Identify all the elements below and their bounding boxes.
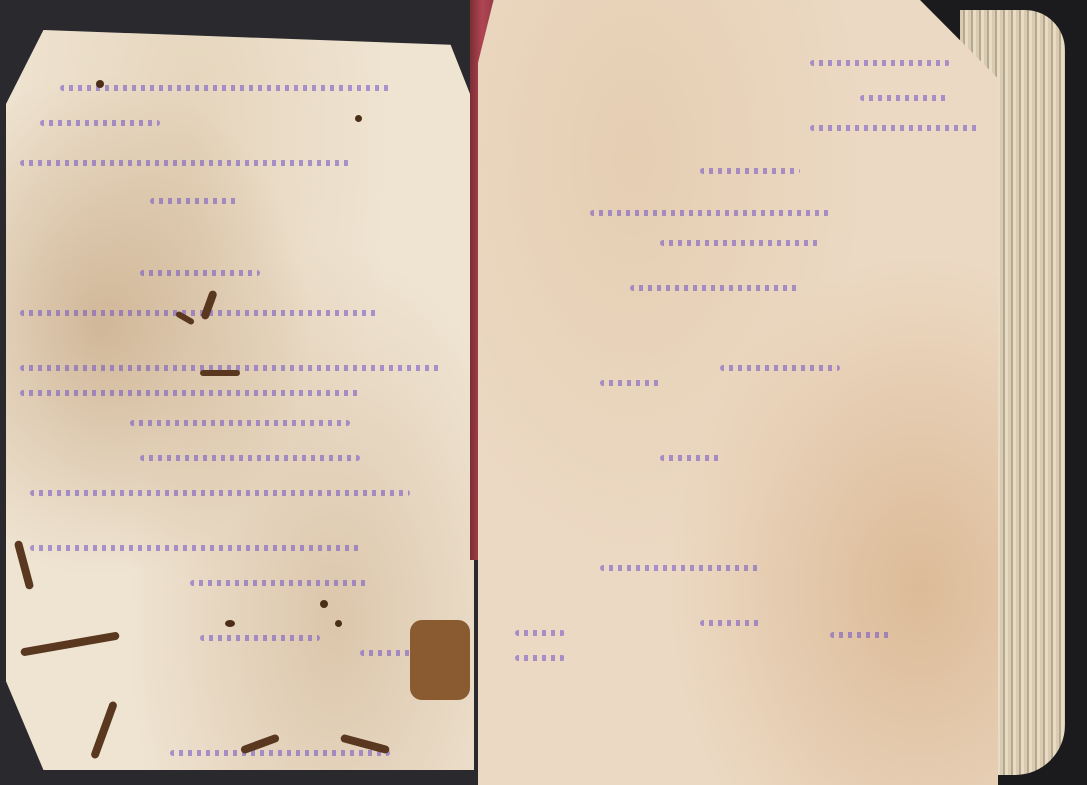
script-line [660, 240, 820, 246]
script-line [515, 655, 565, 661]
script-line [200, 635, 320, 641]
script-line [30, 545, 360, 551]
worm-hole [96, 80, 104, 88]
manuscript-photo: Worm-eaten, water-stained pages with fad… [0, 0, 1087, 785]
script-line [170, 750, 390, 756]
left-page [6, 30, 474, 770]
script-line [515, 630, 565, 636]
worm-hole [320, 600, 328, 608]
script-line [660, 455, 720, 461]
script-line [140, 455, 360, 461]
script-line [810, 125, 980, 131]
script-line [30, 490, 410, 496]
script-line [590, 210, 830, 216]
script-line [60, 85, 390, 91]
script-line [600, 380, 660, 386]
script-line [830, 632, 890, 638]
worm-damage [200, 370, 240, 376]
script-line [630, 285, 800, 291]
script-line [140, 270, 260, 276]
script-line [810, 60, 950, 66]
script-line [190, 580, 370, 586]
worm-hole [225, 620, 235, 627]
script-line [720, 365, 840, 371]
worm-hole [335, 620, 342, 627]
script-line [860, 95, 950, 101]
script-line [20, 390, 360, 396]
script-line [700, 620, 760, 626]
worm-hole [355, 115, 362, 122]
script-line [20, 160, 350, 166]
right-page [478, 0, 998, 785]
script-line [600, 565, 760, 571]
worm-damage [410, 620, 470, 700]
script-line [130, 420, 350, 426]
script-line [700, 168, 800, 174]
script-line [150, 198, 240, 204]
script-line [40, 120, 160, 126]
